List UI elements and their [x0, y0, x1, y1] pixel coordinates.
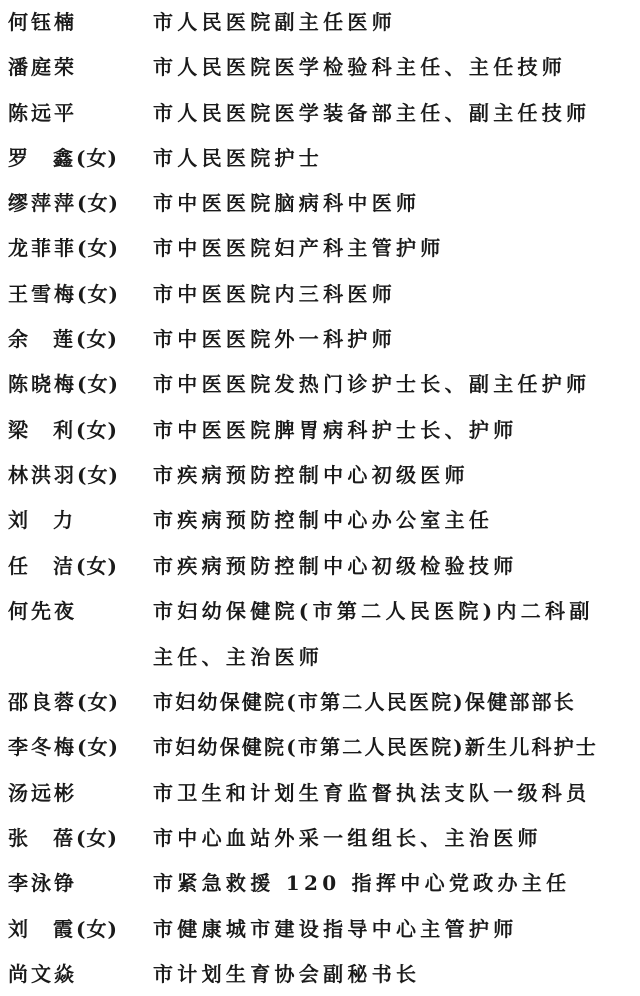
person-position: 市人民医院医学装备部主任、副主任技师 — [153, 91, 590, 136]
list-item: 李泳铮 市紧急救援 120 指挥中心党政办主任 — [0, 861, 640, 906]
person-position: 市妇幼保健院(市第二人民医院)新生儿科护士 — [153, 725, 598, 770]
person-name: 张蓓(女) — [8, 816, 148, 861]
person-position-continued: 主任、主治医师 — [153, 635, 323, 680]
person-name: 汤远彬 — [8, 771, 148, 816]
honoree-list: 何钰楠 市人民医院副主任医师 潘庭荣 市人民医院医学检验科主任、主任技师 陈远平… — [0, 0, 640, 996]
list-item: 何先夜 市妇幼保健院(市第二人民医院)内二科副 — [0, 589, 640, 634]
person-name: 王雪梅(女) — [8, 272, 148, 317]
person-name: 罗鑫(女) — [8, 136, 148, 181]
person-name: 陈晓梅(女) — [8, 362, 148, 407]
list-item: 刘力 市疾病预防控制中心办公室主任 — [0, 498, 640, 543]
person-position: 市卫生和计划生育监督执法支队一级科员 — [153, 771, 590, 816]
person-position: 市中心血站外采一组组长、主治医师 — [153, 816, 542, 861]
person-name: 李冬梅(女) — [8, 725, 148, 770]
person-name: 何先夜 — [8, 589, 148, 634]
list-item: 龙菲菲(女) 市中医医院妇产科主管护师 — [0, 226, 640, 271]
person-position: 市人民医院护士 — [153, 136, 323, 181]
person-position: 市中医医院妇产科主管护师 — [153, 226, 445, 271]
list-item: 王雪梅(女) 市中医医院内三科医师 — [0, 272, 640, 317]
person-position: 市中医医院内三科医师 — [153, 272, 396, 317]
list-item-continuation: 主任、主治医师 — [0, 635, 640, 680]
list-item: 缪萍萍(女) 市中医医院脑病科中医师 — [0, 181, 640, 226]
person-name: 陈远平 — [8, 91, 148, 136]
person-name: 刘力 — [8, 498, 148, 543]
list-item: 尚文焱 市计划生育协会副秘书长 — [0, 952, 640, 996]
person-position: 市中医医院发热门诊护士长、副主任护师 — [153, 362, 590, 407]
list-item: 李冬梅(女) 市妇幼保健院(市第二人民医院)新生儿科护士 — [0, 725, 640, 770]
person-position: 市健康城市建设指导中心主管护师 — [153, 907, 518, 952]
person-position: 市疾病预防控制中心办公室主任 — [153, 498, 493, 543]
list-item: 林洪羽(女) 市疾病预防控制中心初级医师 — [0, 453, 640, 498]
person-position: 市计划生育协会副秘书长 — [153, 952, 420, 996]
person-position: 市妇幼保健院(市第二人民医院)保健部部长 — [153, 680, 576, 725]
list-item: 陈晓梅(女) 市中医医院发热门诊护士长、副主任护师 — [0, 362, 640, 407]
list-item: 梁利(女) 市中医医院脾胃病科护士长、护师 — [0, 408, 640, 453]
person-name: 任洁(女) — [8, 544, 148, 589]
list-item: 张蓓(女) 市中心血站外采一组组长、主治医师 — [0, 816, 640, 861]
person-position: 市紧急救援 120 指挥中心党政办主任 — [153, 861, 570, 906]
list-item: 任洁(女) 市疾病预防控制中心初级检验技师 — [0, 544, 640, 589]
list-item: 陈远平 市人民医院医学装备部主任、副主任技师 — [0, 91, 640, 136]
person-position: 市妇幼保健院(市第二人民医院)内二科副 — [153, 589, 594, 634]
person-position: 市人民医院医学检验科主任、主任技师 — [153, 45, 566, 90]
person-name: 何钰楠 — [8, 0, 148, 45]
person-position: 市中医医院脑病科中医师 — [153, 181, 420, 226]
list-item: 刘霞(女) 市健康城市建设指导中心主管护师 — [0, 907, 640, 952]
list-item: 余莲(女) 市中医医院外一科护师 — [0, 317, 640, 362]
list-item: 邵良蓉(女) 市妇幼保健院(市第二人民医院)保健部部长 — [0, 680, 640, 725]
person-name: 李泳铮 — [8, 861, 148, 906]
person-name: 缪萍萍(女) — [8, 181, 148, 226]
person-name: 邵良蓉(女) — [8, 680, 148, 725]
list-item: 汤远彬 市卫生和计划生育监督执法支队一级科员 — [0, 771, 640, 816]
person-position: 市疾病预防控制中心初级检验技师 — [153, 544, 518, 589]
list-item: 何钰楠 市人民医院副主任医师 — [0, 0, 640, 45]
person-name: 尚文焱 — [8, 952, 148, 996]
person-name: 刘霞(女) — [8, 907, 148, 952]
person-name: 梁利(女) — [8, 408, 148, 453]
person-name: 林洪羽(女) — [8, 453, 148, 498]
person-position: 市中医医院外一科护师 — [153, 317, 396, 362]
list-item: 罗鑫(女) 市人民医院护士 — [0, 136, 640, 181]
person-position: 市疾病预防控制中心初级医师 — [153, 453, 469, 498]
person-name: 潘庭荣 — [8, 45, 148, 90]
person-position: 市人民医院副主任医师 — [153, 0, 396, 45]
person-name: 龙菲菲(女) — [8, 226, 148, 271]
list-item: 潘庭荣 市人民医院医学检验科主任、主任技师 — [0, 45, 640, 90]
person-name: 余莲(女) — [8, 317, 148, 362]
person-position: 市中医医院脾胃病科护士长、护师 — [153, 408, 518, 453]
